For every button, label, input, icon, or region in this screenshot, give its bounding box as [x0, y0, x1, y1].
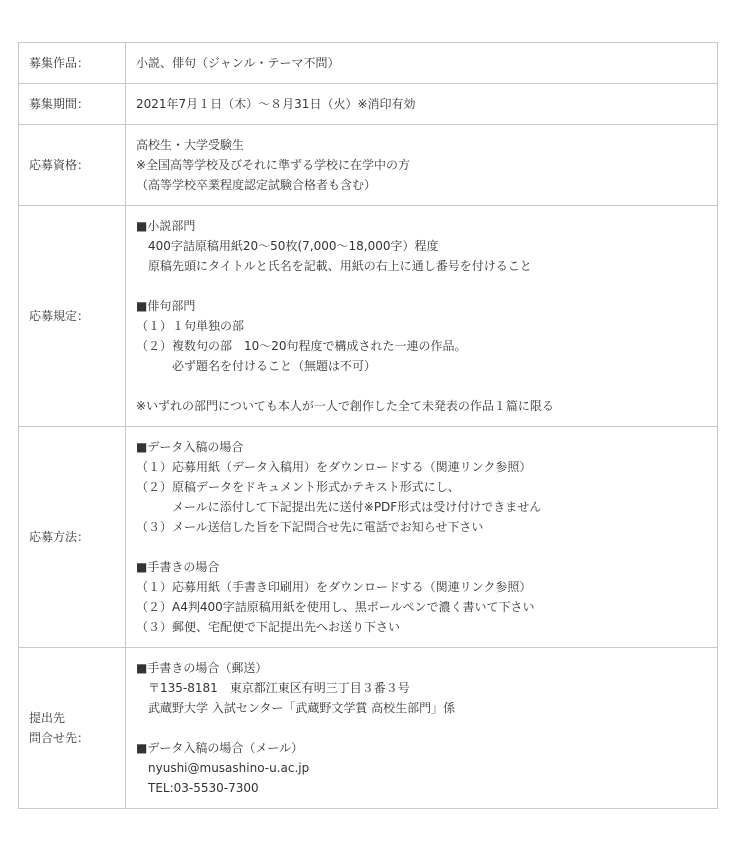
text-line: ■データ入稿の場合（メール）	[136, 738, 707, 758]
row-contact: 提出先 問合せ先： ■手書きの場合（郵送） 〒135-8181 東京都江東区有明…	[19, 648, 718, 809]
text-line: （２）A4判400字詰原稿用紙を使用し、黒ボールペンで濃く書いて下さい	[136, 597, 707, 617]
text-line: 〒135-8181 東京都江東区有明三丁目３番３号	[136, 678, 707, 698]
text-line: （２）複数句の部 10～20句程度で構成された一連の作品。	[136, 336, 707, 356]
label-period: 募集期間：	[19, 84, 126, 125]
row-works: 募集作品： 小説、俳句（ジャンル・テーマ不問）	[19, 43, 718, 84]
text-line: （３）郵便、宅配便で下記提出先へお送り下さい	[136, 617, 707, 637]
text-line: 400字詰原稿用紙20～50枚(7,000～18,000字）程度	[136, 236, 707, 256]
text-line: ■手書きの場合（郵送）	[136, 658, 707, 678]
label-rules: 応募規定：	[19, 206, 126, 427]
text-line	[136, 376, 707, 396]
text-line: 高校生・大学受験生	[136, 135, 707, 155]
text-line: （２）原稿データをドキュメント形式かテキスト形式にし、	[136, 477, 707, 497]
value-method: ■データ入稿の場合 （１）応募用紙（データ入稿用）をダウンロードする（関連リンク…	[126, 427, 718, 648]
text-line: ■データ入稿の場合	[136, 437, 707, 457]
text-line: ■手書きの場合	[136, 557, 707, 577]
text-line: 2021年7月１日（木）～８月31日（火）※消印有効	[136, 94, 707, 114]
label-method: 応募方法：	[19, 427, 126, 648]
label-eligibility: 応募資格：	[19, 125, 126, 206]
text-line	[136, 276, 707, 296]
row-rules: 応募規定： ■小説部門 400字詰原稿用紙20～50枚(7,000～18,000…	[19, 206, 718, 427]
value-eligibility: 高校生・大学受験生 ※全国高等学校及びそれに準ずる学校に在学中の方 （高等学校卒…	[126, 125, 718, 206]
text-line: ■小説部門	[136, 216, 707, 236]
label-contact: 提出先 問合せ先：	[19, 648, 126, 809]
text-line: ※全国高等学校及びそれに準ずる学校に在学中の方	[136, 155, 707, 175]
text-line: 小説、俳句（ジャンル・テーマ不問）	[136, 53, 707, 73]
text-line: ■俳句部門	[136, 296, 707, 316]
text-line: 武蔵野大学 入試センター「武蔵野文学賞 高校生部門」係	[136, 698, 707, 718]
text-line: （１）応募用紙（手書き印刷用）をダウンロードする（関連リンク参照）	[136, 577, 707, 597]
text-line	[136, 537, 707, 557]
email-address: nyushi@musashino-u.ac.jp	[136, 758, 707, 778]
text-line: 提出先	[29, 708, 115, 728]
text-line: （３）メール送信した旨を下記問合せ先に電話でお知らせ下さい	[136, 517, 707, 537]
text-line: 問合せ先：	[29, 728, 115, 748]
text-line	[136, 718, 707, 738]
text-line: ※いずれの部門についても本人が一人で創作した全て未発表の作品１篇に限る	[136, 396, 707, 416]
value-contact: ■手書きの場合（郵送） 〒135-8181 東京都江東区有明三丁目３番３号 武蔵…	[126, 648, 718, 809]
text-line: 必ず題名を付けること（無題は不可）	[136, 356, 707, 376]
text-line: （１）１句単独の部	[136, 316, 707, 336]
phone-number: TEL:03-5530-7300	[136, 778, 707, 798]
text-line: （１）応募用紙（データ入稿用）をダウンロードする（関連リンク参照）	[136, 457, 707, 477]
row-period: 募集期間： 2021年7月１日（木）～８月31日（火）※消印有効	[19, 84, 718, 125]
row-method: 応募方法： ■データ入稿の場合 （１）応募用紙（データ入稿用）をダウンロードする…	[19, 427, 718, 648]
row-eligibility: 応募資格： 高校生・大学受験生 ※全国高等学校及びそれに準ずる学校に在学中の方 …	[19, 125, 718, 206]
text-line: 原稿先頭にタイトルと氏名を記載、用紙の右上に通し番号を付けること	[136, 256, 707, 276]
text-line: メールに添付して下記提出先に送付※PDF形式は受け付けできません	[136, 497, 707, 517]
value-rules: ■小説部門 400字詰原稿用紙20～50枚(7,000～18,000字）程度 原…	[126, 206, 718, 427]
value-period: 2021年7月１日（木）～８月31日（火）※消印有効	[126, 84, 718, 125]
application-info-table: 募集作品： 小説、俳句（ジャンル・テーマ不問） 募集期間： 2021年7月１日（…	[18, 42, 718, 809]
value-works: 小説、俳句（ジャンル・テーマ不問）	[126, 43, 718, 84]
text-line: （高等学校卒業程度認定試験合格者も含む）	[136, 175, 707, 195]
label-works: 募集作品：	[19, 43, 126, 84]
